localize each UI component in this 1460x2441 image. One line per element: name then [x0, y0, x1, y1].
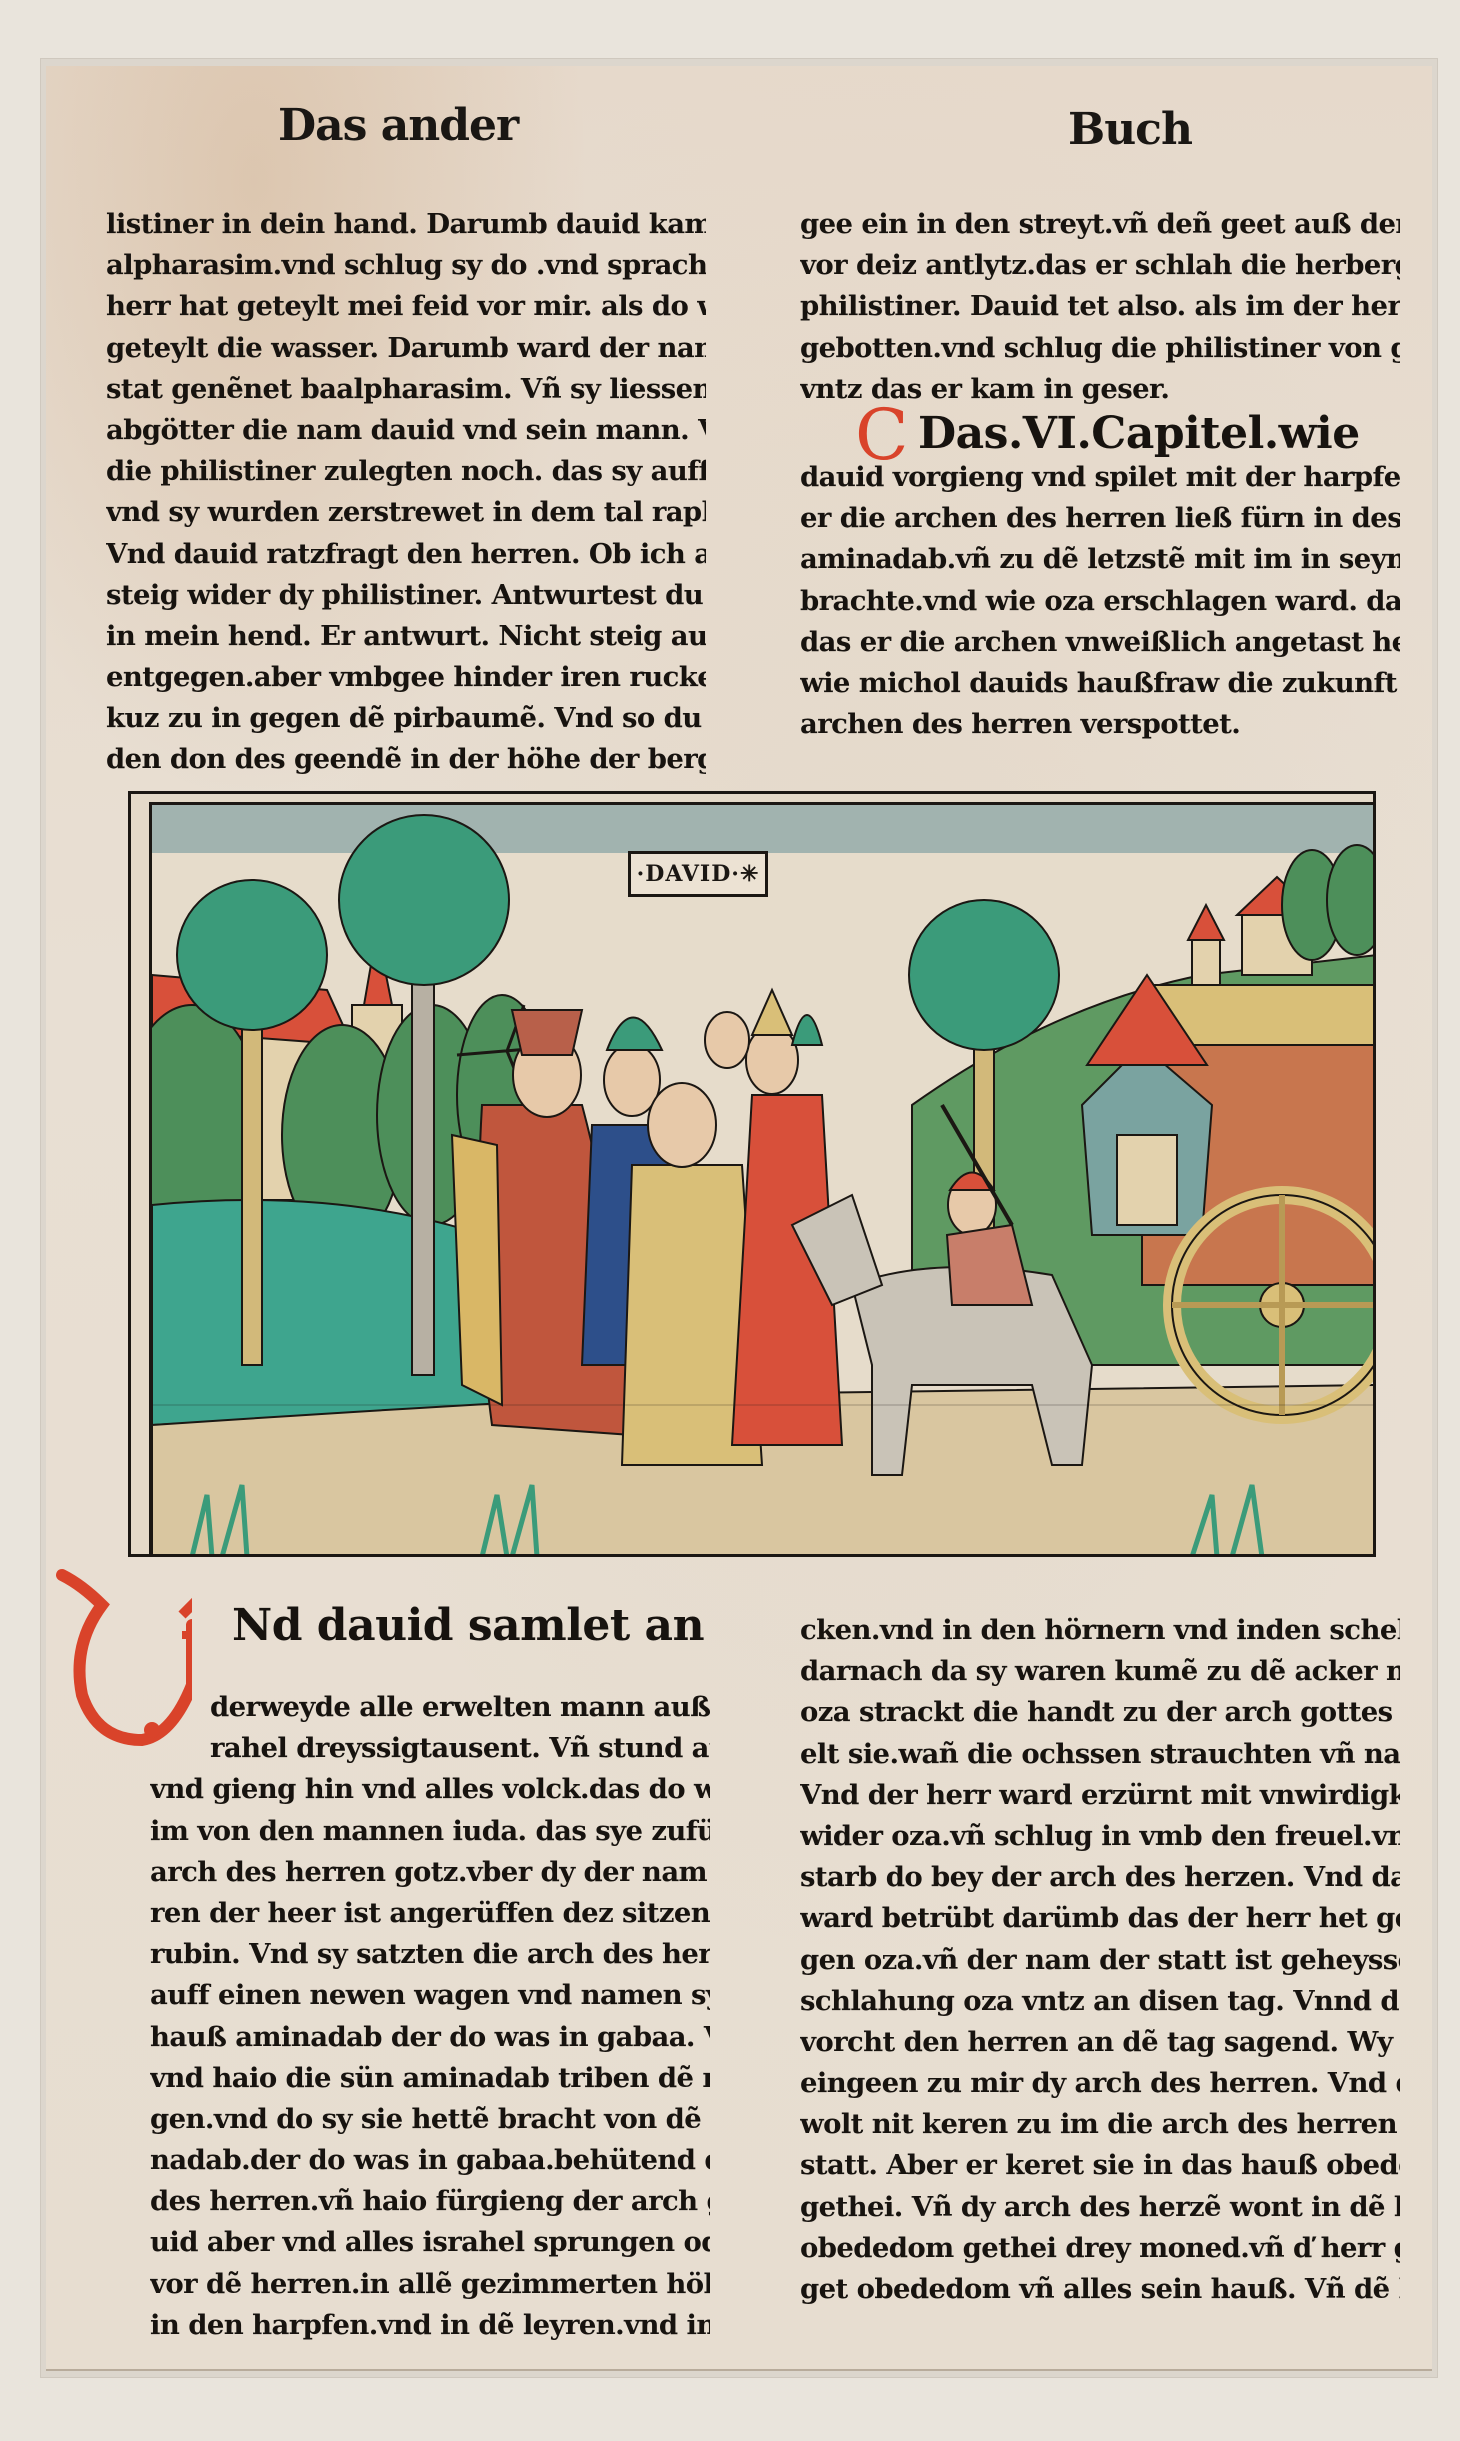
text-line: vor deiz antlytz.das er schlah die herbe…: [800, 245, 1400, 286]
chapter-opening-line: Nd dauid samlet an: [232, 1600, 704, 1651]
text-line: uid aber vnd alles israhel sprungen oder…: [150, 2222, 710, 2263]
running-head-right-text: Buch: [1068, 104, 1192, 155]
text-line: archen des herren verspottet.: [800, 704, 1400, 745]
text-line: das er die archen vnweißlich angetast he…: [800, 622, 1400, 663]
text-line: herr hat geteylt mei feid vor mir. als d…: [106, 286, 706, 327]
text-line: vor dẽ herren.in allẽ gezimmerten höltze…: [150, 2264, 710, 2305]
text-line: gebotten.vnd schlug die philistiner von …: [800, 328, 1400, 369]
text-line: aminadab.vñ zu dẽ letzstẽ mit im in seyn…: [800, 539, 1400, 580]
woodcut-illustration: ·DAVID·✳: [128, 791, 1376, 1557]
top-left-column: listiner in dein hand. Darumb dauid kam …: [106, 204, 706, 781]
text-line: des herren.vñ haio fürgieng der arch got…: [150, 2181, 710, 2222]
running-head-left-text: Das ander: [278, 100, 518, 151]
text-line: derweyde alle erwelten mann auß is/: [150, 1687, 710, 1728]
woodcut-name-label: ·DAVID·✳: [628, 851, 768, 897]
text-line: gee ein in den streyt.vñ deñ geet auß de…: [800, 204, 1400, 245]
text-line: starb do bey der arch des herzen. Vnd da…: [800, 1857, 1400, 1898]
text-line: oza strackt die handt zu der arch gottes…: [800, 1692, 1400, 1733]
text-line: in den harpfen.vnd in dẽ leyren.vnd in d…: [150, 2305, 710, 2346]
text-line: listiner in dein hand. Darumb dauid kam …: [106, 204, 706, 245]
chapter-heading: Das.VI.Capitel.wie: [918, 408, 1360, 459]
text-line: rubin. Vnd sy satzten die arch des herrẽ…: [150, 1934, 710, 1975]
woodcut-label-text: ·DAVID·: [637, 861, 740, 887]
text-line: gen.vnd do sy sie hettẽ bracht von dẽ ha…: [150, 2099, 710, 2140]
text-line: gethei. Vñ dy arch des herzẽ wont in dẽ …: [800, 2187, 1400, 2228]
text-line: vnd haio die sün aminadab triben dẽ newẽ…: [150, 2058, 710, 2099]
text-line: ward betrübt darümb das der herr het ges…: [800, 1898, 1400, 1939]
text-line: schlahung oza vntz an disen tag. Vnnd da…: [800, 1981, 1400, 2022]
woodcut-scene: [152, 805, 1373, 1554]
text-line: er die archen des herren ließ fürn in de…: [800, 498, 1400, 539]
text-line: get obededom vñ alles sein hauß. Vñ dẽ k…: [800, 2269, 1400, 2310]
text-line: ren der heer ist angerüffen dez sitzende…: [150, 1893, 710, 1934]
text-line: wider oza.vñ schlug in vmb den freuel.vn…: [800, 1816, 1400, 1857]
text-line: vorcht den herren an dẽ tag sagend. Wy w…: [800, 2022, 1400, 2063]
text-line: die philistiner zulegten noch. das sy au…: [106, 451, 706, 492]
text-line: statt. Aber er keret sie in das hauß obe…: [800, 2145, 1400, 2186]
text-line: hauß aminadab der do was in gabaa. Vñ oz…: [150, 2017, 710, 2058]
text-line: wolt nit keren zu im die arch des herren…: [800, 2104, 1400, 2145]
text-line: kuz zu in gegen dẽ pirbaumẽ. Vnd so du h…: [106, 698, 706, 739]
text-line: geteylt die wasser. Darumb ward der nam …: [106, 328, 706, 369]
running-head-left: Das ander: [278, 100, 518, 151]
text-line: vnd gieng hin vnd alles volck.das do was…: [150, 1769, 710, 1810]
text-line: rahel dreyssigtausent. Vñ stund auf: [150, 1728, 710, 1769]
text-line: Vnd dauid ratzfragt den herren. Ob ich a…: [106, 534, 706, 575]
text-line: stat genẽnet baalpharasim. Vñ sy liessen…: [106, 369, 706, 410]
text-line: steig wider dy philistiner. Antwurtest d…: [106, 575, 706, 616]
text-line: brachte.vnd wie oza erschlagen ward. dar…: [800, 581, 1400, 622]
bottom-left-column: derweyde alle erwelten mann auß is/ rahe…: [150, 1687, 710, 2346]
text-line: vnd sy wurden zerstrewet in dem tal raph…: [106, 492, 706, 533]
text-line: darnach da sy waren kumẽ zu dẽ acker nac…: [800, 1651, 1400, 1692]
text-line: cken.vnd in den hörnern vnd inden schell…: [800, 1610, 1400, 1651]
text-line: auff einen newen wagen vnd namen sy von …: [150, 1975, 710, 2016]
text-line: eingeen zu mir dy arch des herren. Vnd d…: [800, 2063, 1400, 2104]
text-line: Vnd der herr ward erzürnt mit vnwirdigke…: [800, 1775, 1400, 1816]
text-line: den don des geendẽ in der höhe der berg.…: [106, 739, 706, 780]
star-icon: ✳: [740, 861, 759, 887]
text-line: gen oza.vñ der nam der statt ist geheyss…: [800, 1940, 1400, 1981]
running-head-right: Buch: [1068, 104, 1192, 155]
text-line: wie michol dauids haußfraw die zukunft d…: [800, 663, 1400, 704]
text-line: abgötter die nam dauid vnd sein mann. Vn…: [106, 410, 706, 451]
text-line: im von den mannen iuda. das sye zufürten…: [150, 1811, 710, 1852]
bottom-right-column: cken.vnd in den hörnern vnd inden schell…: [800, 1610, 1400, 2310]
text-line: in mein hend. Er antwurt. Nicht steig au…: [106, 616, 706, 657]
text-line: arch des herren gotz.vber dy der nam des…: [150, 1852, 710, 1893]
woodcut-frame: ·DAVID·✳: [149, 802, 1373, 1554]
text-line: philistiner. Dauid tet also. als im der …: [800, 286, 1400, 327]
text-line: nadab.der do was in gabaa.behütend die a…: [150, 2140, 710, 2181]
chapter-rubric-initial: C: [855, 400, 909, 470]
text-line: alpharasim.vnd schlug sy do .vnd sprach …: [106, 245, 706, 286]
text-line: entgegen.aber vmbgee hinder iren rucken.…: [106, 657, 706, 698]
text-line: elt sie.wañ die ochssen strauchten vñ na…: [800, 1734, 1400, 1775]
text-line: obededom gethei drey moned.vñ ď herr ges…: [800, 2228, 1400, 2269]
